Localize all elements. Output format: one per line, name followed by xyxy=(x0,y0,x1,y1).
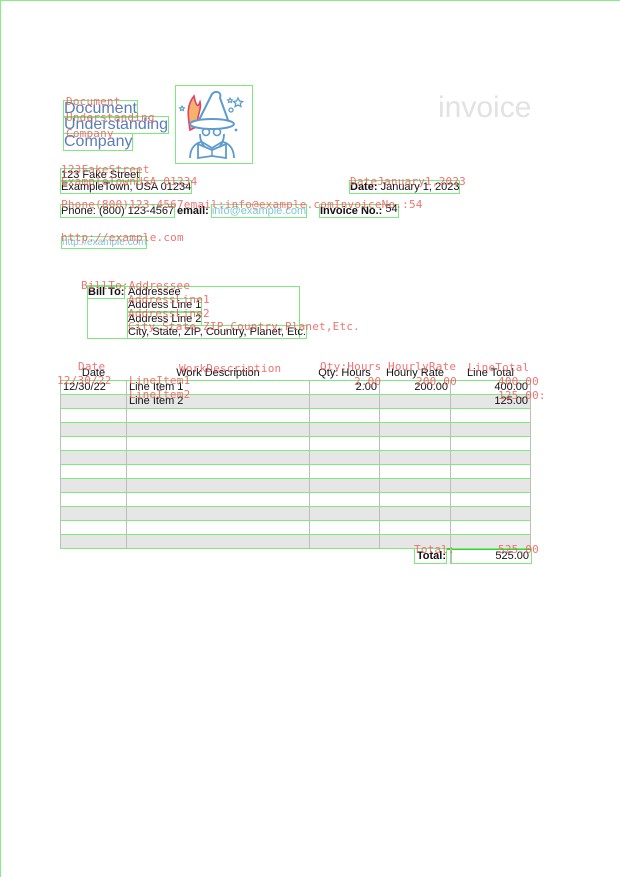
email-label: email: xyxy=(177,205,209,217)
phone-value: (800) 123-4567 xyxy=(99,205,174,217)
cell-qty-hours xyxy=(310,535,380,548)
company-name-line-2: Understanding xyxy=(64,117,168,133)
bill-to-address-line-2: Address Line 2 xyxy=(128,313,201,325)
email-link[interactable]: info@example.com xyxy=(212,205,306,217)
cell-qty-hours xyxy=(310,507,380,520)
cell-hourly-rate xyxy=(380,409,451,422)
cell-line-total xyxy=(451,465,531,478)
cell-qty-hours: 2.00 xyxy=(310,381,380,394)
cell-date xyxy=(60,409,127,422)
cell-hourly-rate xyxy=(380,423,451,436)
cell-description xyxy=(127,451,310,464)
cell-line-total xyxy=(451,507,531,520)
cell-hourly-rate xyxy=(380,493,451,506)
cell-hourly-rate xyxy=(380,437,451,450)
cell-description xyxy=(127,465,310,478)
cell-date xyxy=(60,451,127,464)
table-row xyxy=(60,507,531,521)
table-row xyxy=(60,451,531,465)
cell-qty-hours xyxy=(310,493,380,506)
table-row xyxy=(60,521,531,535)
table-row xyxy=(60,409,531,423)
total-value: 525.00 xyxy=(451,549,531,563)
cell-line-total xyxy=(451,437,531,450)
cell-description: Line Item 1 xyxy=(127,381,310,394)
cell-hourly-rate xyxy=(380,535,451,548)
date-label: Date: xyxy=(350,181,378,193)
cell-date xyxy=(60,535,127,548)
column-header-qty-hours: Qty: Hours xyxy=(310,367,380,380)
bill-to-label: Bill To: xyxy=(88,286,124,298)
cell-hourly-rate xyxy=(380,465,451,478)
cell-date xyxy=(60,423,127,436)
document-title: invoice xyxy=(438,91,531,125)
table-row: Line Item 2125.00 xyxy=(60,395,531,409)
cell-qty-hours xyxy=(310,395,380,408)
cell-qty-hours xyxy=(310,409,380,422)
cell-hourly-rate xyxy=(380,451,451,464)
website-link[interactable]: http://example.com xyxy=(62,237,146,248)
cell-qty-hours xyxy=(310,451,380,464)
bill-to-address-line-3: City, State, ZIP, Country, Planet, Etc. xyxy=(128,326,306,338)
company-address-line-2: ExampleTown, USA 01234 xyxy=(61,181,191,193)
date-field: Date: January 1, 2023 xyxy=(350,181,459,193)
table-row xyxy=(60,465,531,479)
table-row xyxy=(60,437,531,451)
column-header-date: Date xyxy=(60,367,127,380)
company-name-line-3: Company xyxy=(64,134,132,150)
cell-line-total xyxy=(451,451,531,464)
total-label: Total: xyxy=(415,549,446,563)
bill-to-addressee: Addressee xyxy=(128,286,181,298)
column-header-description: Work Description xyxy=(127,367,310,380)
cell-hourly-rate xyxy=(380,395,451,408)
table-row xyxy=(60,493,531,507)
column-header-line-total: Line Total xyxy=(451,367,531,380)
cell-date: 12/30/22 xyxy=(60,381,127,394)
cell-hourly-rate xyxy=(380,521,451,534)
bill-to-address-line-1: Address Line 1 xyxy=(128,299,201,311)
cell-line-total xyxy=(451,423,531,436)
cell-line-total: 125.00 xyxy=(451,395,531,408)
cell-qty-hours xyxy=(310,423,380,436)
cell-hourly-rate xyxy=(380,479,451,492)
cell-qty-hours xyxy=(310,521,380,534)
cell-line-total xyxy=(451,409,531,422)
cell-hourly-rate: 200.00 xyxy=(380,381,451,394)
cell-qty-hours xyxy=(310,479,380,492)
table-row xyxy=(60,423,531,437)
cell-date xyxy=(60,507,127,520)
cell-date xyxy=(60,521,127,534)
cell-description: Line Item 2 xyxy=(127,395,310,408)
cell-description xyxy=(127,493,310,506)
company-name-line-1: Document xyxy=(64,101,137,117)
invoice-number-value: 54 xyxy=(385,203,397,215)
phone-field: Phone: (800) 123-4567 xyxy=(61,205,174,217)
table-row: 12/30/22Line Item 12.00200.00400.00 xyxy=(60,381,531,395)
cell-description xyxy=(127,521,310,534)
company-address-line-1: 123 Fake Street xyxy=(61,169,139,181)
cell-date xyxy=(60,493,127,506)
cell-line-total xyxy=(451,535,531,548)
invoice-number-label: Invoice No.: xyxy=(320,205,382,217)
wizard-reading-book-icon xyxy=(176,86,252,163)
line-items-table: DateWork DescriptionQty: HoursHourly Rat… xyxy=(60,367,531,549)
cell-description xyxy=(127,507,310,520)
cell-description xyxy=(127,437,310,450)
cell-line-total xyxy=(451,479,531,492)
table-header-row: DateWork DescriptionQty: HoursHourly Rat… xyxy=(60,367,531,381)
invoice-page: Document Understanding Company invoice 1… xyxy=(0,0,620,877)
cell-description xyxy=(127,409,310,422)
cell-description xyxy=(127,479,310,492)
phone-label: Phone: xyxy=(61,205,96,217)
cell-qty-hours xyxy=(310,437,380,450)
cell-date xyxy=(60,479,127,492)
table-row xyxy=(60,535,531,549)
cell-description xyxy=(127,535,310,548)
cell-qty-hours xyxy=(310,465,380,478)
column-header-hourly-rate: Hourly Rate xyxy=(380,367,451,380)
cell-date xyxy=(60,395,127,408)
email-field: email: info@example.com xyxy=(177,205,306,217)
date-value: January 1, 2023 xyxy=(381,181,460,193)
table-row xyxy=(60,479,531,493)
cell-line-total: 400.00 xyxy=(451,381,531,394)
cell-date xyxy=(60,437,127,450)
cell-line-total xyxy=(451,521,531,534)
invoice-number-field: Invoice No.: 54 xyxy=(320,205,398,217)
cell-date xyxy=(60,465,127,478)
cell-hourly-rate xyxy=(380,507,451,520)
cell-description xyxy=(127,423,310,436)
cell-line-total xyxy=(451,493,531,506)
